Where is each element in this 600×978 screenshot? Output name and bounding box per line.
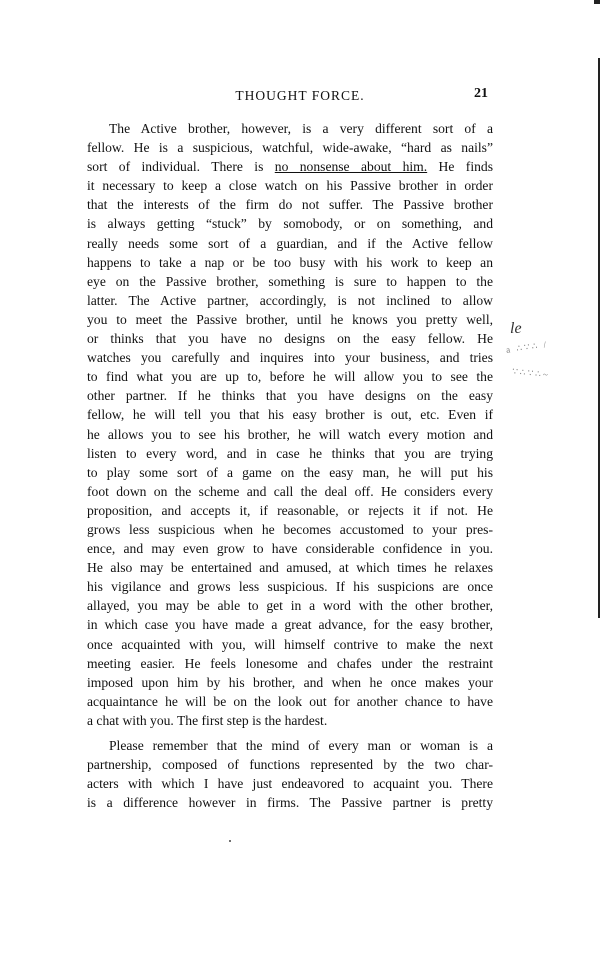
text-line: other partner. If he thinks that you hav…: [87, 386, 493, 405]
text-line: proposition, and accepts it, if reasonab…: [87, 501, 493, 520]
scan-speck: [229, 840, 231, 842]
text-line: in which case you have made a great adva…: [87, 615, 493, 634]
text-line: that the interests of the firm do not su…: [87, 195, 493, 214]
text-line: fellow, he will tell you that his easy b…: [87, 405, 493, 424]
underlined-phrase: no nonsense about him.: [275, 159, 427, 174]
text-line: his vigilance and grows less suspicious.…: [87, 577, 493, 596]
text-line: He also may be entertained and amused, a…: [87, 558, 493, 577]
text-fragment: He finds: [427, 159, 493, 174]
running-header-title: THOUGHT FORCE.: [0, 88, 600, 104]
text-line: acquaintance he will be on the look out …: [87, 692, 493, 711]
scan-edge-mark: [594, 0, 600, 4]
text-line: sort of individual. There is no nonsense…: [87, 157, 493, 176]
text-line: partnership, composed of functions repre…: [87, 755, 493, 774]
text-line: he allows you to see his brother, he wil…: [87, 425, 493, 444]
faint-margin-scribble: ∵∴∵∴~: [512, 366, 551, 381]
text-line: a chat with you. The first step is the h…: [87, 711, 493, 730]
text-line: acters with which I have just endeavored…: [87, 774, 493, 793]
paragraph-1: The Active brother, however, is a very d…: [87, 119, 493, 730]
text-line: ence, and may even grow to have consider…: [87, 539, 493, 558]
text-line: is always getting “stuck” by somobody, o…: [87, 214, 493, 233]
text-line: imposed upon him by his brother, and whe…: [87, 673, 493, 692]
paragraph-2: Please remember that the mind of every m…: [87, 736, 493, 812]
text-line: you to meet the Passive brother, until h…: [87, 310, 493, 329]
text-line: eye on the Passive brother, something is…: [87, 272, 493, 291]
text-line: fellow. He is a suspicious, watchful, wi…: [87, 138, 493, 157]
text-line: to play some sort of a game on the easy …: [87, 463, 493, 482]
text-line: latter. The Active partner, accordingly,…: [87, 291, 493, 310]
text-line: really needs some sort of a guardian, an…: [87, 234, 493, 253]
text-line: once acquainted with you, will himself c…: [87, 635, 493, 654]
text-line: or thinks that you have no designs on th…: [87, 329, 493, 348]
text-line: foot down on the scheme and call the dea…: [87, 482, 493, 501]
text-line: grows less suspicious when he becomes ac…: [87, 520, 493, 539]
text-line: is a difference however in firms. The Pa…: [87, 793, 493, 812]
text-line: allayed, you may be able to get in a wor…: [87, 596, 493, 615]
faint-margin-scribble: a ∴∵∴ /: [505, 339, 548, 356]
text-line: meeting easier. He feels lonesome and ch…: [87, 654, 493, 673]
text-line: The Active brother, however, is a very d…: [87, 119, 493, 138]
body-text: The Active brother, however, is a very d…: [87, 119, 493, 812]
text-line: Please remember that the mind of every m…: [87, 736, 493, 755]
text-line: watches you carefully and inquires into …: [87, 348, 493, 367]
handwritten-margin-note: le: [510, 320, 522, 338]
text-fragment: sort of individual. There is: [87, 159, 275, 174]
page-number: 21: [474, 86, 488, 102]
text-line: happens to take a nap or be too busy wit…: [87, 253, 493, 272]
text-line: listen to every word, and in case he thi…: [87, 444, 493, 463]
text-line: to find what you are up to, before he wi…: [87, 367, 493, 386]
text-line: it necessary to keep a close watch on hi…: [87, 176, 493, 195]
